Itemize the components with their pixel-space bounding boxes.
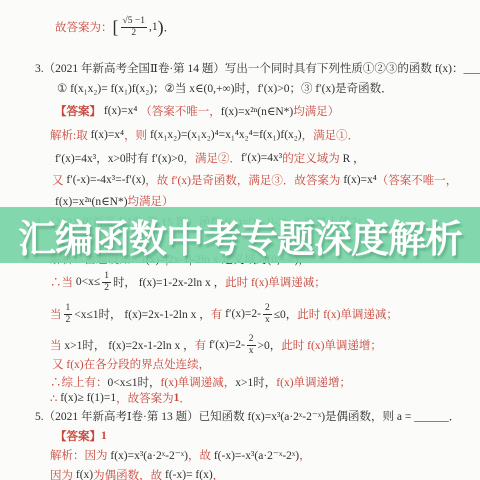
text-segment: ≤0，: [274, 306, 298, 322]
text-segment: f(x)=x⁴: [91, 129, 124, 141]
text-segment: f(x)=x⁴: [101, 105, 140, 117]
text-segment: 故答案为：: [55, 19, 113, 35]
text-segment: 【答案】: [55, 428, 101, 444]
fraction: 12: [102, 271, 111, 294]
text-segment: R ，: [343, 150, 365, 166]
text-segment: f′(x)=4x³，x>0时有 f′(x)>0: [55, 150, 184, 166]
text-segment: 又 f(x)在各分段的界点处连续，: [52, 356, 210, 372]
solution-4-case-1: ∴当 0<x≤12时， f(x)=1-2x-2ln x ，此时 f(x)单调递减…: [50, 267, 326, 297]
text-segment: f(-x)=-x³(a·2⁻ˣ-2ˣ): [214, 448, 299, 462]
text-segment: 解析:取: [50, 127, 91, 143]
answer-3: 【答案】 f(x)=x⁴ （答案不唯一，f(x)=x²ⁿ(n∈N*)均满足）: [55, 103, 339, 119]
text-segment: ，满足①．: [302, 127, 360, 143]
fraction: 2x: [263, 303, 272, 326]
solution-4-conclusion: ∴ f(x)≥ f(1)=1，故答案为1．: [50, 390, 191, 406]
text-segment: 为偶函数，故: [93, 467, 165, 480]
text-segment: （答案不唯一，: [377, 172, 458, 188]
text-segment: ∴当: [50, 274, 76, 290]
text-segment: ∴: [50, 391, 60, 405]
text-segment: 此时 f(x)单调递增；: [281, 337, 382, 353]
text-segment: [: [113, 17, 119, 38]
text-segment: ，故答案为: [116, 390, 174, 406]
text-segment: 1: [101, 430, 107, 442]
text-segment: 0<x≤: [76, 276, 100, 288]
text-segment: f(x)=x²ⁿ(n∈N*): [55, 194, 128, 208]
text-segment: 【答案】: [55, 103, 101, 119]
answer-5: 【答案】1: [55, 428, 107, 444]
text-segment: f(x)=x⁴: [343, 174, 376, 186]
solution-5-line-2: 因为 f(x)为偶函数，故 f(-x)= f(x)，: [50, 467, 224, 480]
solution-3-line-2: f′(x)=4x³，x>0时有 f′(x)>0，满足②．f′(x)=4x³的定义…: [55, 150, 365, 166]
text-segment: f(x₁x₂)=(x₁x₂)⁴=x₁⁴x₂⁴=f(x₁)f(x₂): [150, 129, 302, 141]
text-segment: （答案不唯一，: [140, 103, 221, 119]
text-segment: 因为: [50, 467, 76, 480]
text-segment: f′(x)=4x³: [241, 152, 282, 164]
text-segment: 解析：因为: [50, 447, 110, 463]
text-segment: f′(x)=2-: [209, 339, 245, 351]
question-5: 5.（2021 年新高考Ⅰ卷·第 13 题）已知函数 f(x)=x³(a·2ˣ-…: [35, 408, 460, 424]
fraction: 12: [64, 303, 73, 326]
text-segment: 0<x≤1时，: [108, 374, 161, 390]
text-segment: 当: [50, 337, 64, 353]
text-segment: 当: [50, 306, 62, 322]
fraction: √5 −12: [121, 16, 147, 39]
solution-5-line-1: 解析：因为 f(x)=x³(a·2ˣ-2⁻ˣ)，故 f(-x)=-x³(a·2⁻…: [50, 447, 311, 463]
text-segment: 又: [52, 172, 66, 188]
text-segment: ，: [213, 467, 225, 480]
text-segment: 3.（2021 年新高考全国Ⅱ卷·第 14 题）写出一个同时具有下列性质①②③的…: [35, 60, 480, 76]
text-segment: f(x)单调递增；: [276, 374, 351, 390]
question-3: 3.（2021 年新高考全国Ⅱ卷·第 14 题）写出一个同时具有下列性质①②③的…: [35, 60, 480, 76]
text-segment: 均满足）: [293, 103, 339, 119]
text-segment: f(x): [76, 469, 93, 480]
promo-banner: 汇编函数中考专题深度解析: [0, 207, 480, 263]
text-segment: ，故: [188, 447, 214, 463]
text-segment: >0，: [258, 337, 282, 353]
text-segment: ，满足②．: [184, 150, 242, 166]
text-segment: f′(-x)=-4x³=-f′(x): [66, 174, 145, 186]
solution-4-continuity: 又 f(x)在各分段的界点处连续，: [52, 356, 210, 372]
text-segment: ．: [179, 390, 191, 406]
text-segment: 时， f(x)=1-2x-2ln x ，: [113, 274, 225, 290]
text-segment: ,1: [149, 21, 158, 33]
text-segment: ，则: [124, 127, 150, 143]
text-segment: ．: [164, 19, 176, 35]
text-segment: 5.（2021 年新高考Ⅰ卷·第 13 题）已知函数 f(x)=x³(a·2ˣ-…: [35, 408, 460, 424]
text-segment: ∴综上有：: [50, 374, 108, 390]
text-segment: ① f(x₁x₂)= f(x₁)f(x₂)；②当 x∈(0,+∞)时，f′(x)…: [57, 80, 393, 96]
line-prev-answer: 故答案为：[√5 −12,1)．: [55, 10, 175, 44]
solution-4-summary: ∴综上有：0<x≤1时，f(x)单调递减，x>1时，f(x)单调递增；: [50, 374, 351, 390]
text-segment: f(-x)= f(x): [165, 469, 213, 480]
text-segment: 有: [211, 306, 225, 322]
text-segment: 此时 f(x)单调递减；: [225, 274, 326, 290]
text-segment: 有: [195, 337, 209, 353]
text-segment: f(x)=x³(a·2ˣ-2⁻ˣ): [110, 448, 188, 462]
question-3-props: ① f(x₁x₂)= f(x₁)f(x₂)；②当 x∈(0,+∞)时，f′(x)…: [57, 80, 393, 96]
text-segment: f(x)单调递减，: [161, 374, 236, 390]
text-segment: ，故 f′(x)是奇函数，满足③．故答案为: [145, 172, 343, 188]
text-segment: f′(x)=2-: [225, 308, 261, 320]
promo-banner-title: 汇编函数中考专题深度解析: [18, 208, 462, 263]
text-segment: 此时 f(x)单调递减；: [297, 306, 398, 322]
text-segment: f(x)=x²ⁿ(n∈N*): [221, 104, 294, 118]
text-segment: x>1时，: [235, 374, 276, 390]
text-segment: f(x)≥ f(1)=1: [60, 392, 116, 404]
solution-3-line-3: 又 f′(-x)=-4x³=-f′(x)，故 f′(x)是奇函数，满足③．故答案…: [52, 172, 457, 188]
text-segment: <x≤1时， f(x)=2x-1-2ln x ，: [74, 306, 211, 322]
solution-3-line-1: 解析:取 f(x)=x⁴，则 f(x₁x₂)=(x₁x₂)⁴=x₁⁴x₂⁴=f(…: [50, 127, 359, 143]
fraction: 2x: [247, 334, 256, 357]
solution-4-case-2: 当12<x≤1时， f(x)=2x-1-2ln x ，有 f′(x)=2-2x≤…: [50, 299, 398, 329]
text-segment: 的定义域为: [282, 150, 342, 166]
text-segment: x>1时， f(x)=2x-1-2ln x ，: [64, 337, 194, 353]
text-segment: ，: [299, 447, 311, 463]
